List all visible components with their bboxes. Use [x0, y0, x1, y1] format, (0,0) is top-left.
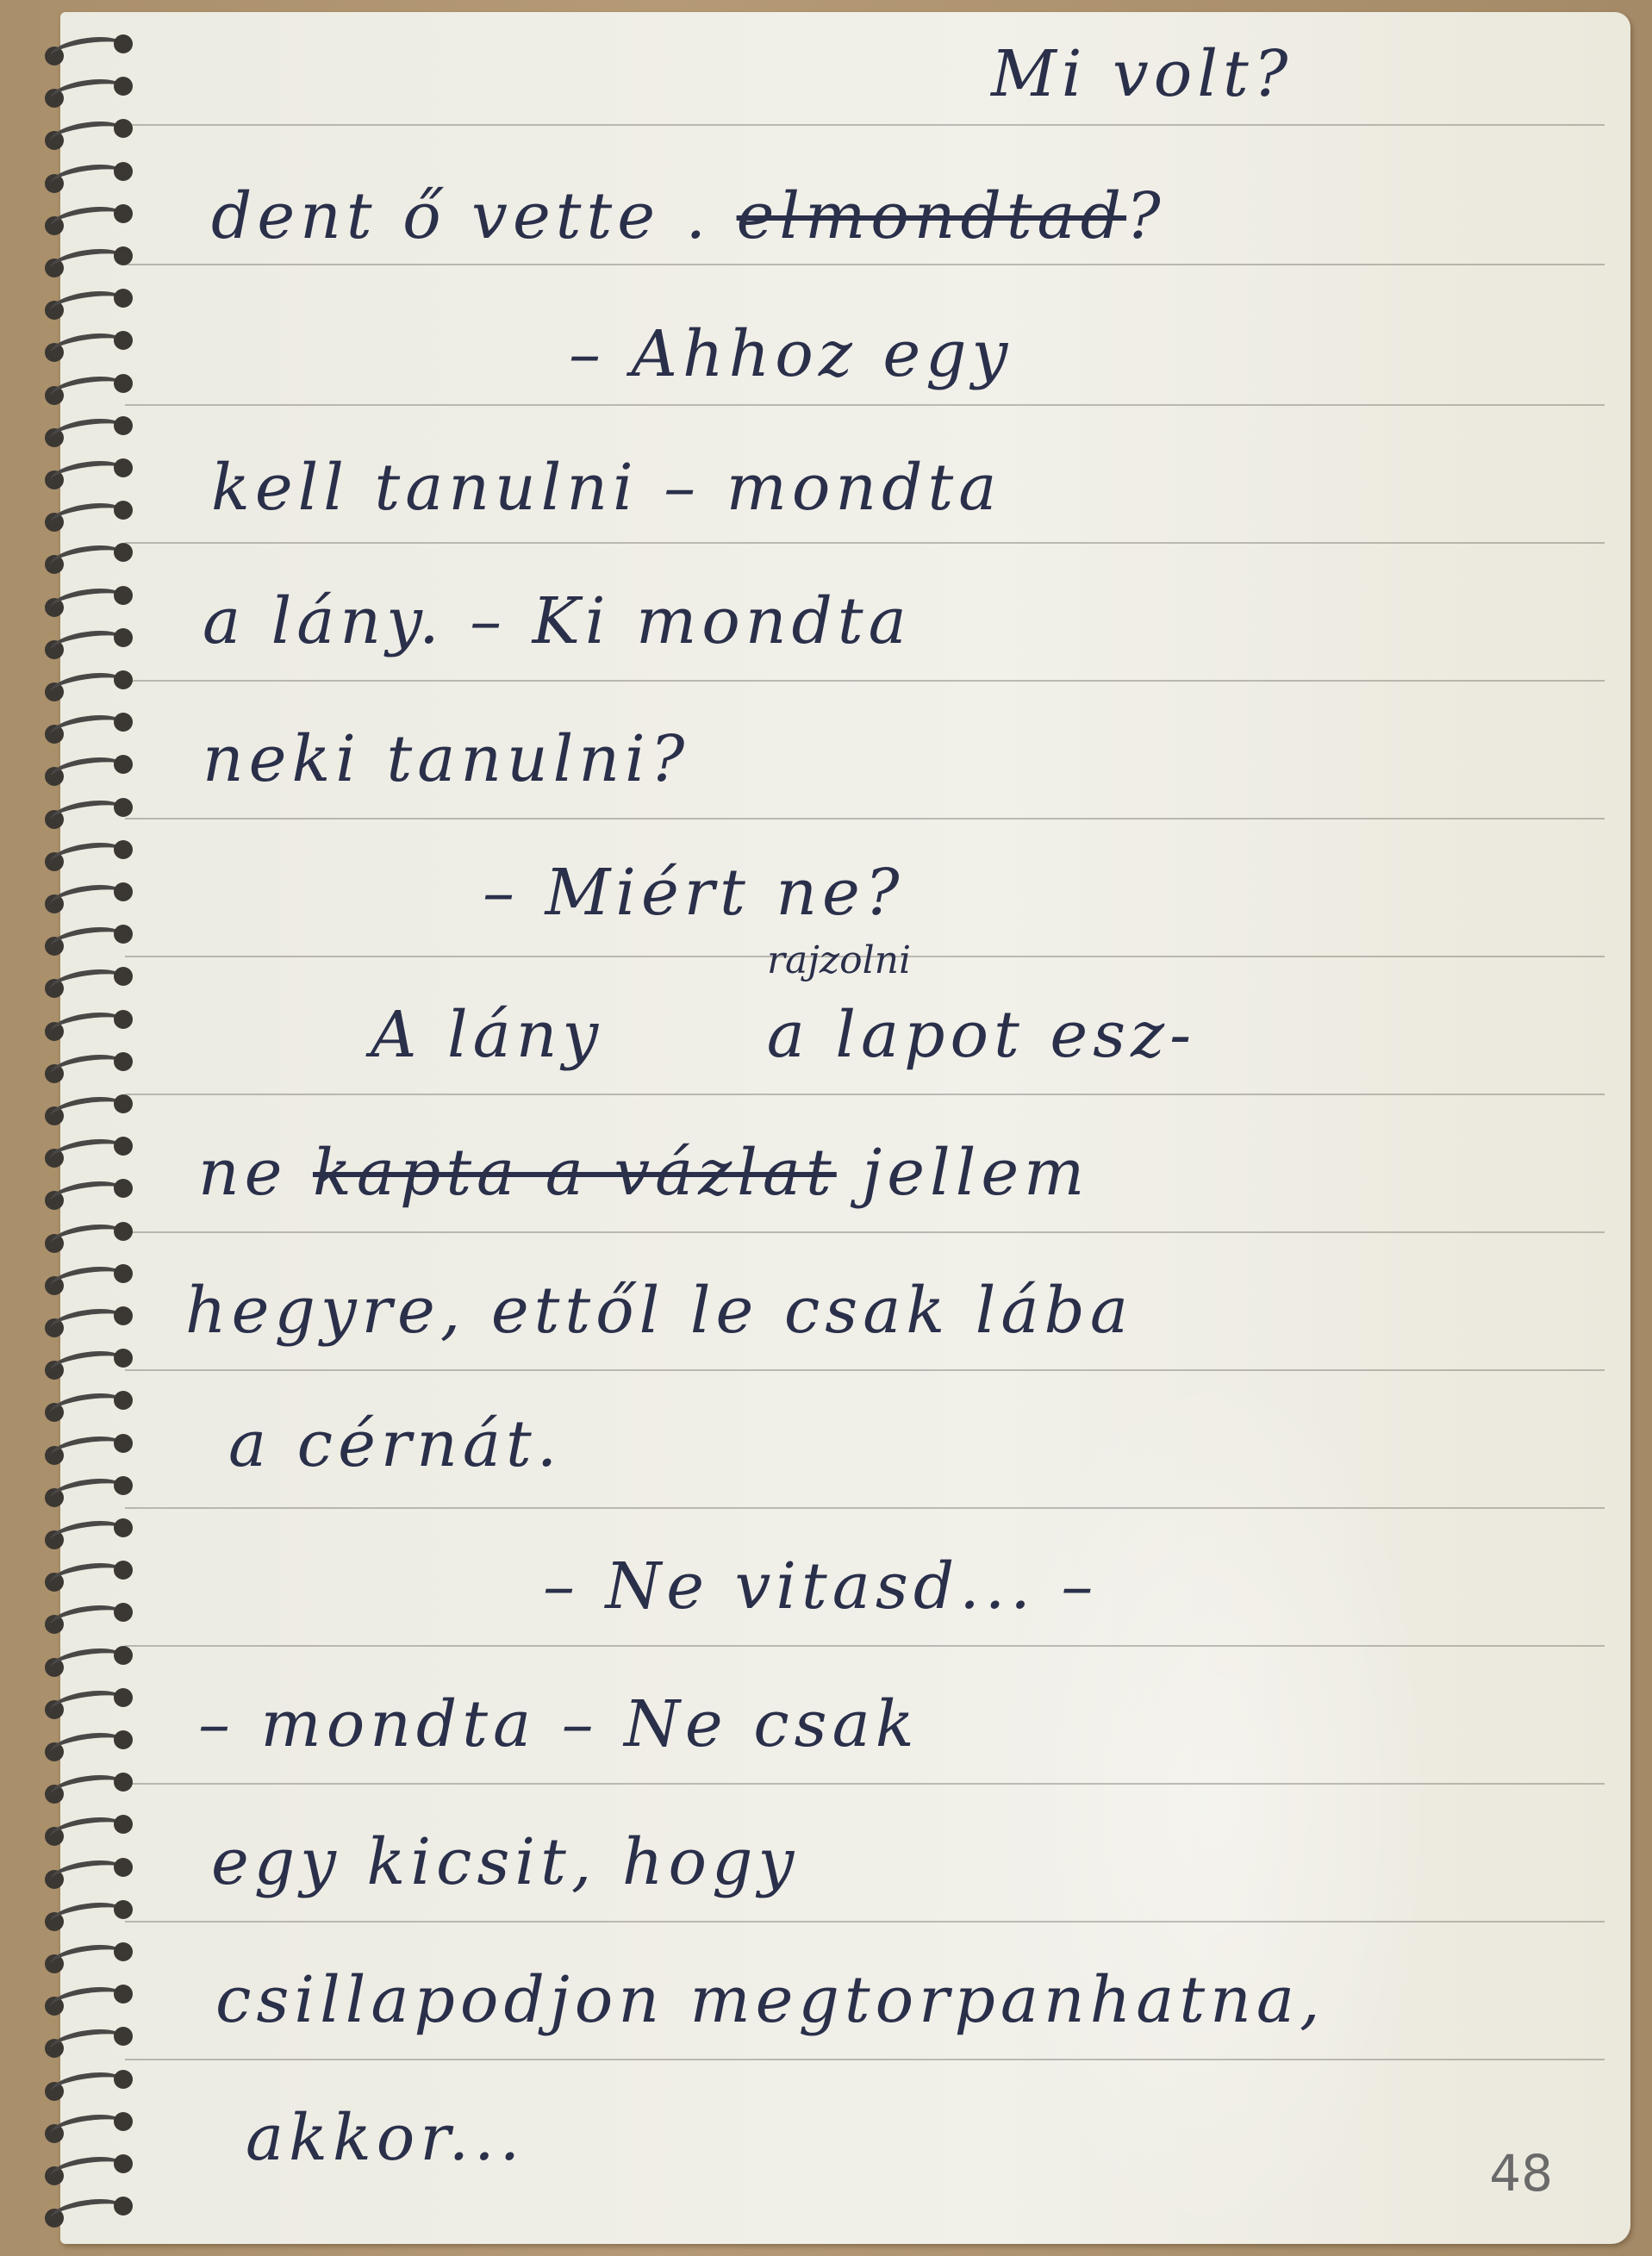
binding-hole	[114, 1476, 133, 1495]
spiral-coil	[34, 2027, 138, 2056]
binding-hole	[114, 670, 133, 689]
spiral-coil	[34, 670, 138, 700]
spiral-coil	[34, 586, 138, 615]
binding-hole	[114, 77, 133, 96]
spiral-coil	[34, 967, 138, 996]
spiral-coil	[34, 1942, 138, 1972]
ruled-line	[125, 264, 1605, 265]
binding-hole	[114, 1815, 133, 1834]
spiral-coil	[34, 1179, 138, 1208]
ruled-line	[125, 680, 1605, 682]
binding-hole	[114, 416, 133, 435]
spiral-coil	[34, 1603, 138, 1632]
spiral-coil	[34, 119, 138, 148]
spiral-coil	[34, 2154, 138, 2184]
spiral-coil	[34, 246, 138, 276]
spiral-coil	[34, 1222, 138, 1251]
struck-text: elmondtad	[737, 179, 1126, 253]
spiral-coil	[34, 1052, 138, 1081]
handwritten-line-4: a lány. – Ki mondta	[203, 589, 912, 653]
handwritten-line-15: akkor...	[246, 2106, 525, 2170]
binding-hole	[114, 543, 133, 562]
binding-hole	[114, 501, 133, 520]
spiral-coil	[34, 2070, 138, 2099]
binding-hole	[114, 1603, 133, 1622]
binding-hole	[114, 1010, 133, 1029]
handwritten-line-11: – Ne vitasd... –	[543, 1555, 1098, 1618]
spiral-binding	[34, 34, 146, 2240]
spiral-coil	[34, 1858, 138, 1887]
binding-hole	[114, 1518, 133, 1537]
handwritten-line-10: a cérnát.	[228, 1412, 562, 1476]
binding-hole	[114, 1900, 133, 1919]
ruled-line	[125, 124, 1605, 126]
handwritten-line-1: dent ő vette . elmondtad?	[211, 184, 1166, 248]
ruled-line	[125, 818, 1605, 820]
binding-hole	[114, 374, 133, 393]
spiral-coil	[34, 1900, 138, 1929]
binding-hole	[114, 1561, 133, 1580]
spiral-coil	[34, 289, 138, 318]
handwritten-line-13: egy kicsit, hogy	[211, 1830, 799, 1894]
spiral-coil	[34, 1476, 138, 1505]
binding-hole	[114, 2112, 133, 2131]
binding-hole	[114, 967, 133, 986]
binding-hole	[114, 713, 133, 732]
binding-hole	[114, 1942, 133, 1961]
binding-hole	[114, 1264, 133, 1283]
spiral-coil	[34, 2197, 138, 2226]
binding-hole	[114, 586, 133, 605]
handwritten-line-8: ne kapta a vázlat jellem	[198, 1141, 1089, 1205]
binding-hole	[114, 2027, 133, 2046]
spiral-coil	[34, 501, 138, 530]
binding-hole	[114, 1391, 133, 1410]
binding-hole	[114, 1688, 133, 1707]
binding-hole	[114, 1179, 133, 1198]
binding-hole	[114, 331, 133, 350]
spiral-coil	[34, 416, 138, 446]
spiral-coil	[34, 798, 138, 827]
notebook-page: Mi volt? dent ő vette . elmondtad? – Ahh…	[60, 12, 1630, 2244]
spiral-coil	[34, 543, 138, 572]
binding-hole	[114, 1349, 133, 1368]
binding-hole	[114, 2070, 133, 2089]
handwritten-line-12: – mondta – Ne csak	[198, 1692, 920, 1756]
binding-hole	[114, 1306, 133, 1325]
handwritten-line-5: neki tanulni?	[203, 727, 689, 791]
handwritten-line-2: – Ahhoz egy	[569, 322, 1013, 386]
spiral-coil	[34, 1646, 138, 1675]
binding-hole	[114, 1222, 133, 1241]
spiral-coil	[34, 1730, 138, 1760]
light-reflection	[991, 1348, 1439, 2256]
spiral-coil	[34, 1306, 138, 1336]
binding-hole	[114, 204, 133, 223]
binding-hole	[114, 458, 133, 477]
spiral-coil	[34, 162, 138, 191]
binding-hole	[114, 925, 133, 944]
binding-hole	[114, 1646, 133, 1665]
handwritten-line-7: A lány a lapot esz-	[371, 1003, 1196, 1067]
spiral-coil	[34, 1010, 138, 1039]
spiral-coil	[34, 1985, 138, 2014]
binding-hole	[114, 2154, 133, 2173]
handwritten-line-14: csillapodjon megtorpanhatna,	[215, 1968, 1325, 2032]
handwritten-line-3: kell tanulni – mondta	[211, 456, 1001, 520]
ruled-line	[125, 1231, 1605, 1233]
binding-hole	[114, 798, 133, 817]
ruled-line	[125, 1921, 1605, 1923]
ruled-line	[125, 404, 1605, 406]
handwritten-line-9: hegyre, ettől le csak lába	[185, 1279, 1133, 1343]
handwritten-line-6: – Miért ne?	[483, 861, 905, 925]
spiral-coil	[34, 1815, 138, 1844]
spiral-coil	[34, 1434, 138, 1463]
spiral-coil	[34, 34, 138, 64]
binding-hole	[114, 34, 133, 53]
spiral-coil	[34, 882, 138, 912]
spiral-coil	[34, 1561, 138, 1590]
binding-hole	[114, 1858, 133, 1877]
binding-hole	[114, 1730, 133, 1749]
spiral-coil	[34, 1264, 138, 1293]
spiral-coil	[34, 2112, 138, 2141]
binding-hole	[114, 119, 133, 138]
spiral-coil	[34, 628, 138, 657]
spiral-coil	[34, 331, 138, 360]
ruled-line	[125, 1645, 1605, 1647]
spiral-coil	[34, 458, 138, 488]
spiral-coil	[34, 374, 138, 403]
spiral-coil	[34, 204, 138, 234]
spiral-coil	[34, 840, 138, 869]
spiral-coil	[34, 1391, 138, 1420]
binding-hole	[114, 882, 133, 901]
binding-hole	[114, 1137, 133, 1156]
spiral-coil	[34, 1688, 138, 1717]
spiral-coil	[34, 1773, 138, 1802]
spiral-coil	[34, 755, 138, 784]
binding-hole	[114, 1773, 133, 1792]
spiral-coil	[34, 925, 138, 954]
binding-hole	[114, 1434, 133, 1453]
binding-hole	[114, 2197, 133, 2215]
spiral-coil	[34, 1349, 138, 1378]
ruled-line	[125, 1507, 1605, 1509]
binding-hole	[114, 1985, 133, 2004]
spiral-coil	[34, 1094, 138, 1124]
binding-hole	[114, 162, 133, 181]
ruled-line	[125, 1094, 1605, 1095]
inserted-word: rajzolni	[767, 938, 911, 982]
binding-hole	[114, 1094, 133, 1113]
ruled-line	[125, 542, 1605, 544]
ruled-line	[125, 2059, 1605, 2060]
ruled-line	[125, 1783, 1605, 1785]
top-note: Mi volt?	[991, 42, 1293, 106]
binding-hole	[114, 840, 133, 859]
struck-text: kapta a vázlat	[313, 1136, 837, 1210]
binding-hole	[114, 1052, 133, 1071]
spiral-coil	[34, 77, 138, 106]
spiral-coil	[34, 1518, 138, 1548]
spiral-coil	[34, 713, 138, 742]
binding-hole	[114, 755, 133, 774]
binding-hole	[114, 246, 133, 265]
spiral-coil	[34, 1137, 138, 1166]
binding-hole	[114, 628, 133, 647]
page-number: 48	[1489, 2144, 1553, 2203]
binding-hole	[114, 289, 133, 308]
ruled-line	[125, 1369, 1605, 1371]
